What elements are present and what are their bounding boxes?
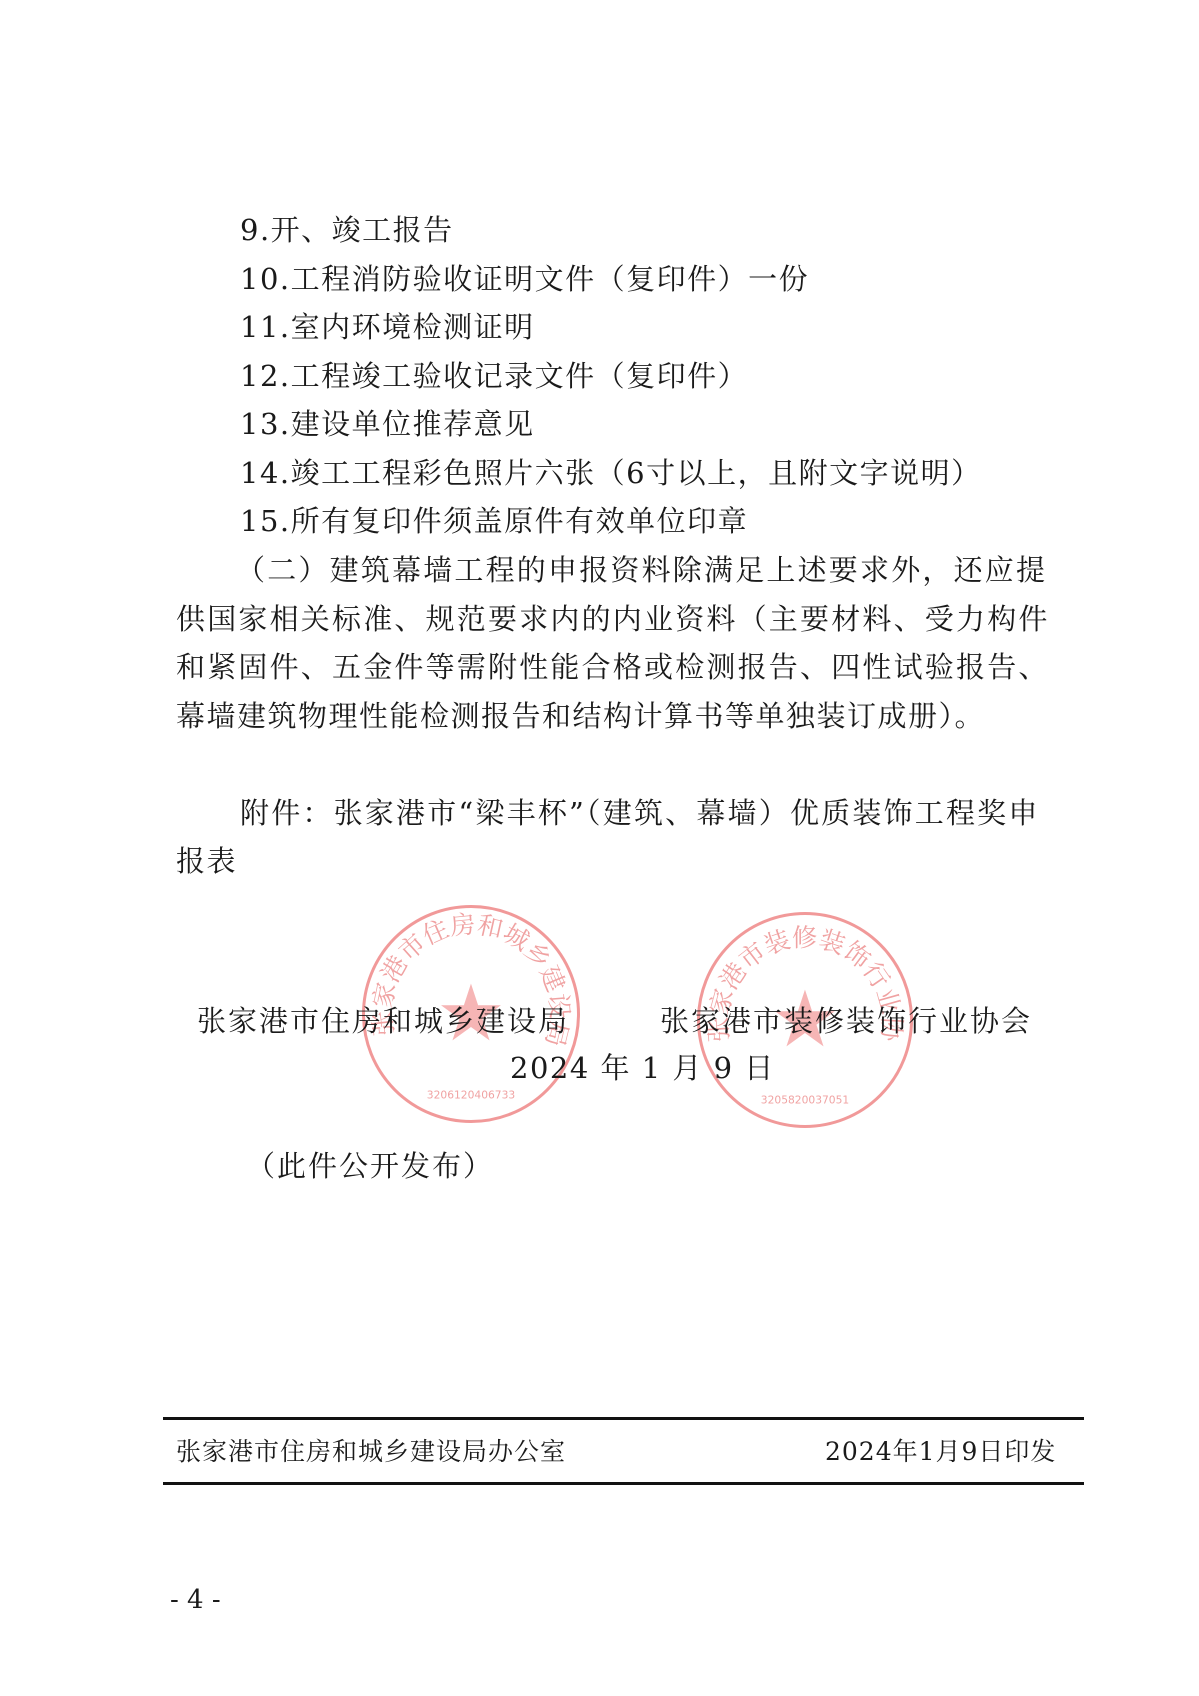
paragraph-line: 幕墙建筑物理性能检测报告和结构计算书等单独装订成册）。 bbox=[176, 698, 985, 734]
page-number: - 4 - bbox=[170, 1585, 221, 1615]
list-item-10: 10.工程消防验收证明文件（复印件）一份 bbox=[240, 261, 809, 297]
paragraph-line: 和紧固件、五金件等需附性能合格或检测报告、四性试验报告、 bbox=[176, 649, 1050, 685]
list-item-14: 14.竣工工程彩色照片六张（6寸以上，且附文字说明） bbox=[240, 455, 982, 491]
paragraph-line: （二）建筑幕墙工程的申报资料除满足上述要求外，还应提 bbox=[236, 552, 1047, 588]
list-item-11: 11.室内环境检测证明 bbox=[240, 309, 535, 345]
list-item-9: 9.开、竣工报告 bbox=[240, 212, 454, 248]
svg-text:3205820037051: 3205820037051 bbox=[761, 1094, 849, 1107]
list-item-12: 12.工程竣工验收记录文件（复印件） bbox=[240, 358, 748, 394]
footer-top-rule bbox=[163, 1417, 1084, 1420]
attachment-line: 附件：张家港市“梁丰杯”（建筑、幕墙）优质装饰工程奖申 bbox=[240, 795, 1040, 831]
list-item-15: 15.所有复印件须盖原件有效单位印章 bbox=[240, 503, 748, 539]
svg-text:3206120406733: 3206120406733 bbox=[427, 1089, 515, 1102]
signature-date: 2024 年 1 月 9 日 bbox=[510, 1050, 775, 1086]
attachment-line: 报表 bbox=[176, 843, 237, 879]
public-notice: （此件公开发布） bbox=[246, 1148, 494, 1184]
footer-issue-date: 2024年1月9日印发 bbox=[825, 1436, 1056, 1468]
footer-bottom-rule bbox=[163, 1482, 1084, 1485]
footer-issuer: 张家港市住房和城乡建设局办公室 bbox=[176, 1436, 566, 1468]
signature-right: 张家港市装修装饰行业协会 bbox=[660, 1003, 1032, 1039]
signature-left: 张家港市住房和城乡建设局 bbox=[197, 1003, 569, 1039]
paragraph-line: 供国家相关标准、规范要求内的内业资料（主要材料、受力构件 bbox=[176, 601, 1050, 637]
list-item-13: 13.建设单位推荐意见 bbox=[240, 406, 535, 442]
